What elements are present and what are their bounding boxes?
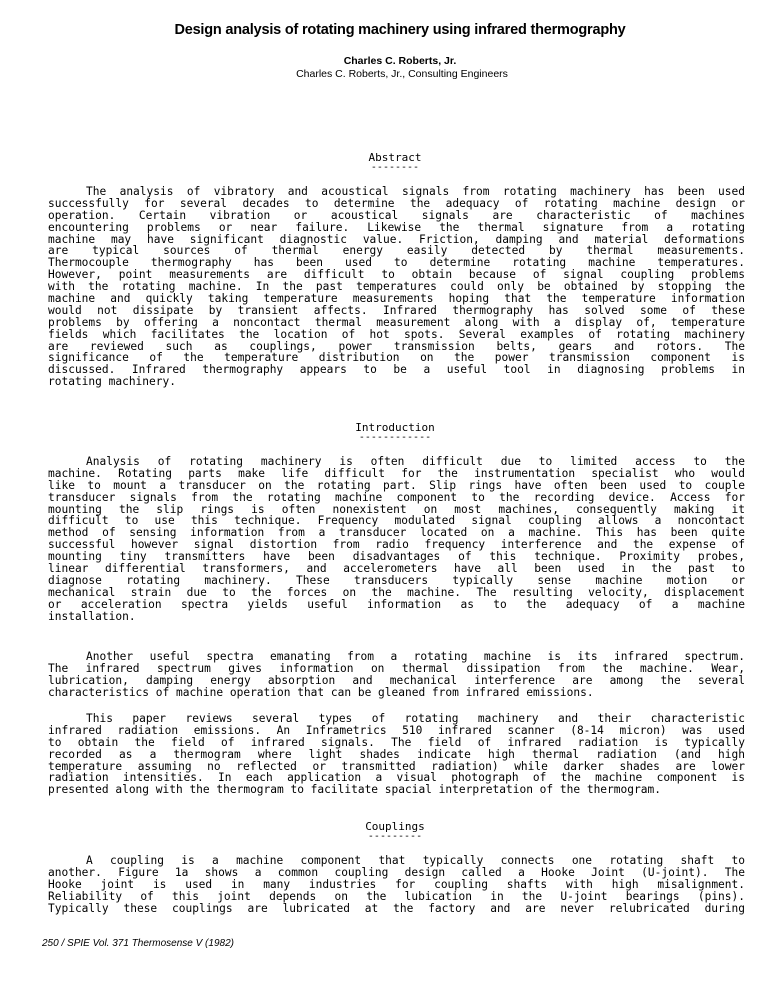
paragraph-line: successfully for several decades to dete… bbox=[48, 198, 745, 210]
paragraph-line: would not dissipate by transient affects… bbox=[48, 305, 745, 317]
paragraph-line: The infrared spectrum gives information … bbox=[48, 663, 745, 675]
introduction-heading-rule: ------------ bbox=[0, 433, 768, 443]
paragraph-line: installation. bbox=[48, 611, 745, 623]
couplings-heading: Couplings --------- bbox=[0, 821, 768, 842]
introduction-heading: Introduction ------------ bbox=[0, 422, 768, 443]
abstract-heading: Abstract -------- bbox=[0, 152, 768, 173]
author-affiliation: Charles C. Roberts, Jr., Consulting Engi… bbox=[0, 68, 768, 80]
paragraph-line: another. Figure 1a shows a common coupli… bbox=[48, 867, 745, 879]
paragraph-line: fields which facilitates the location of… bbox=[48, 329, 745, 341]
paragraph-line: diagnose rotating machinery. These trans… bbox=[48, 575, 745, 587]
author-name: Charles C. Roberts, Jr. bbox=[0, 55, 768, 67]
abstract-paragraph: The analysis of vibratory and acoustical… bbox=[48, 186, 745, 388]
abstract-heading-rule: -------- bbox=[0, 163, 768, 173]
paragraph-line: infrared radiation emissions. An Inframe… bbox=[48, 725, 745, 737]
introduction-paragraph-2: Another useful spectra emanating from a … bbox=[48, 651, 745, 699]
paragraph-line: Typically these couplings are lubricated… bbox=[48, 903, 745, 915]
paragraph-line: to obtain the field of infrared signals.… bbox=[48, 737, 745, 749]
paragraph-line: machine. Rotating parts make life diffic… bbox=[48, 468, 745, 480]
paragraph-line: mechanical strain due to the forces on t… bbox=[48, 587, 745, 599]
couplings-heading-rule: --------- bbox=[0, 832, 768, 842]
paper-title: Design analysis of rotating machinery us… bbox=[0, 22, 768, 38]
paragraph-line: operation. Certain vibration or acoustic… bbox=[48, 210, 745, 222]
paragraph-line: encountering problems or near failure. L… bbox=[48, 222, 745, 234]
paragraph-line: presented along with the thermogram to f… bbox=[48, 784, 745, 796]
paragraph-line: characteristics of machine operation tha… bbox=[48, 687, 745, 699]
introduction-paragraph-3: This paper reviews several types of rota… bbox=[48, 713, 745, 796]
introduction-paragraph-1: Analysis of rotating machinery is often … bbox=[48, 456, 745, 622]
paragraph-line: Hooke joint is used in many industries f… bbox=[48, 879, 745, 891]
paragraph-line: recorded as a thermogram where light sha… bbox=[48, 749, 745, 761]
paragraph-line: Reliability of this joint depends on the… bbox=[48, 891, 745, 903]
paragraph-line: lubrication, damping energy absorption a… bbox=[48, 675, 745, 687]
paragraph-line: rotating machinery. bbox=[48, 376, 745, 388]
couplings-paragraph: A coupling is a machine component that t… bbox=[48, 855, 745, 914]
paragraph-line: problems by offering a noncontact therma… bbox=[48, 317, 745, 329]
paragraph-line: like to mount a transducer on the rotati… bbox=[48, 480, 745, 492]
page-footer-citation: 250 / SPIE Vol. 371 Thermosense V (1982) bbox=[42, 938, 234, 949]
paragraph-line: transducer signals from the rotating mac… bbox=[48, 492, 745, 504]
paragraph-line: or acceleration spectra yields useful in… bbox=[48, 599, 745, 611]
